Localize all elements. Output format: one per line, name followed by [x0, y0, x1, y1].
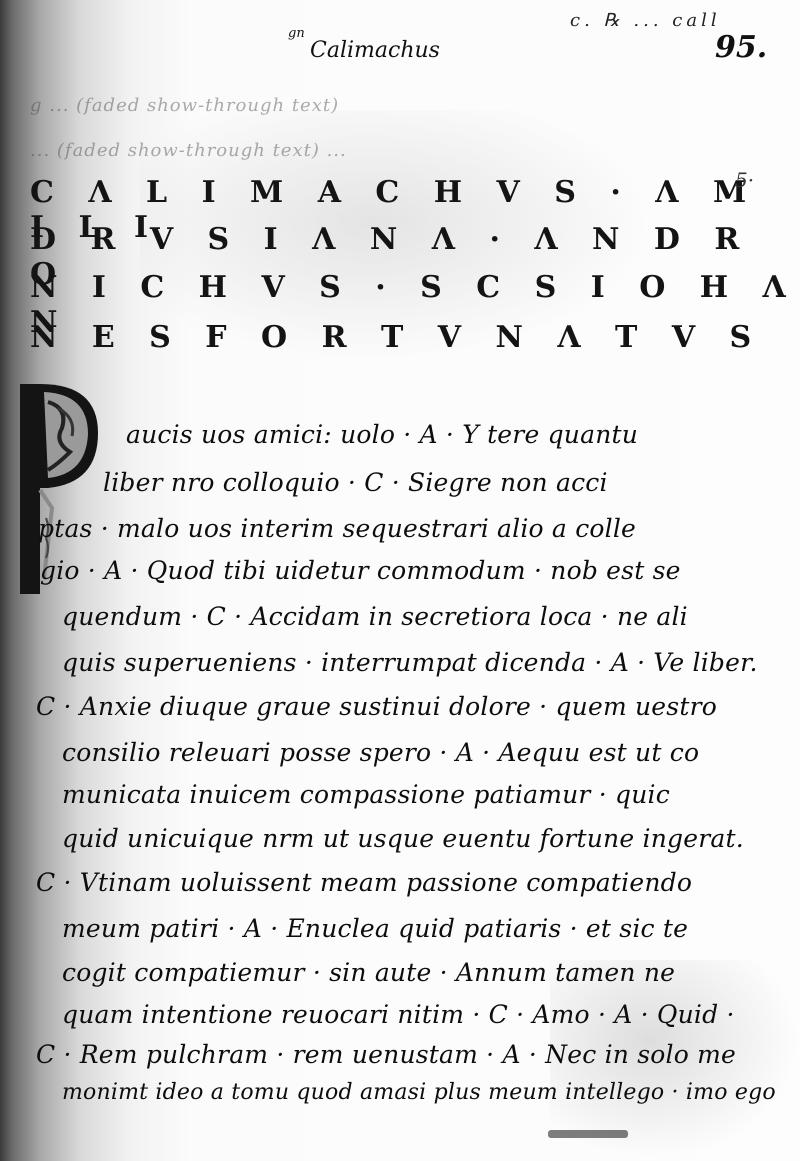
text-line: consilio releuari posse spero · A · Aequ… — [62, 738, 699, 767]
dramatis-personae-line: N E S F O R T V N Λ T V S — [30, 320, 763, 355]
text-line: C · Rem pulchram · rem uenustam · A · Ne… — [36, 1040, 736, 1069]
text-line: municata inuicem compassione patiamur · … — [62, 780, 670, 809]
running-head: gn Calimachus — [310, 38, 440, 63]
text-line: C · Anxie diuque graue sustinui dolore ·… — [36, 692, 717, 721]
running-head-title: Calimachus — [310, 38, 440, 63]
folio-number: 95. — [715, 30, 767, 65]
text-line: cogit compatiemur · sin aute · Annum tam… — [62, 958, 675, 987]
text-line: C · Vtinam uoluissent meam passione comp… — [36, 868, 692, 897]
faded-line: g ... (faded show-through text) — [30, 95, 339, 116]
manuscript-page: c. ℞ ... call 95. gn Calimachus g ... (f… — [0, 0, 800, 1161]
text-line: liber nro colloquio · C · Siegre non acc… — [103, 468, 608, 497]
text-line: quid unicuique nrm ut usque euentu fortu… — [62, 824, 744, 853]
text-line: gio · A · Quod tibi uidetur commodum · n… — [40, 556, 681, 585]
text-line: quam intentione reuocari nitim · C · Amo… — [62, 1000, 735, 1029]
margin-mark: 5· — [735, 168, 754, 192]
text-line: meum patiri · A · Enuclea quid patiaris … — [62, 914, 688, 943]
text-line: monimt ideo a tomu quod amasi plus meum … — [62, 1080, 776, 1105]
faded-line: ... (faded show-through text) ... — [30, 140, 347, 161]
top-margin-annotation: c. ℞ ... call — [570, 10, 721, 31]
text-line: aucis uos amici: uolo · A · Y tere quant… — [126, 420, 638, 449]
text-line: quis superueniens · interrumpat dicenda … — [62, 648, 758, 677]
running-head-superscript: gn — [288, 26, 305, 41]
text-line: quendum · C · Accidam in secretiora loca… — [62, 602, 688, 631]
text-line: ptas · malo uos interim sequestrari alio… — [38, 514, 636, 543]
bottom-scribble — [548, 1130, 628, 1138]
